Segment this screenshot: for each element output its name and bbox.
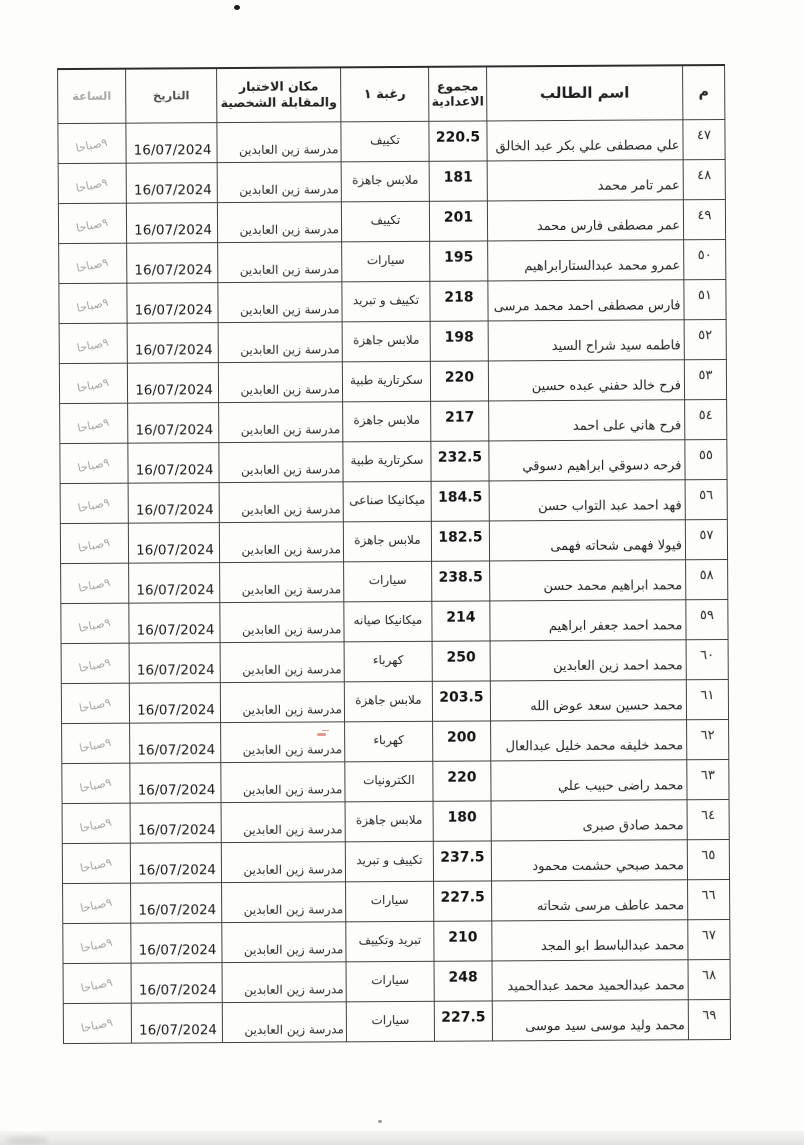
exam-location-cell: مدرسة زين العابدين (218, 241, 342, 282)
exam-location-cell: مدرسة زين العابدين (219, 441, 343, 482)
header-serial: م (683, 65, 725, 119)
time-cell: ٩صباحا (61, 563, 129, 603)
date-cell: 16/07/2024 (130, 802, 221, 843)
serial-cell: ٤٨ (683, 159, 725, 199)
first-choice-cell: ميكانيكا صناعى (343, 481, 431, 522)
prep-total-cell: 180 (433, 800, 491, 840)
serial-cell: ٥١ (684, 279, 726, 319)
time-cell: ٩صباحا (59, 243, 127, 283)
exam-location-cell: مدرسة زين العابدين (220, 681, 344, 722)
time-cell: ٩صباحا (62, 723, 130, 763)
prep-total-cell: 220.5 (429, 120, 487, 160)
date-cell: 16/07/2024 (128, 482, 219, 523)
student-name-cell: محمد راضى حبيب علي (491, 759, 687, 800)
prep-total-cell: 248 (434, 960, 492, 1000)
student-name-cell: علي مصطفى علي بكر عبد الخالق (487, 119, 683, 160)
time-stamp: ٩صباحا (79, 735, 113, 754)
serial-cell: ٥٣ (684, 359, 726, 399)
first-choice-cell: الكترونيات (345, 761, 433, 802)
student-name-cell: عمر تامر محمد (487, 159, 683, 200)
first-choice-cell: سيارات (346, 881, 434, 922)
serial-cell: ٥٧ (685, 519, 727, 559)
exam-location-cell: مدرسة زين العابدين (222, 921, 346, 962)
first-choice-cell: ملابس جاهزة (343, 401, 431, 442)
prep-total-cell: 227.5 (434, 1000, 492, 1040)
student-name-cell: فرح هاني على احمد (489, 399, 685, 440)
date-cell: 16/07/2024 (127, 282, 218, 323)
red-pen-mark (317, 733, 326, 736)
date-cell: 16/07/2024 (130, 762, 221, 803)
first-choice-cell: سيارات (346, 1001, 434, 1042)
exam-location-cell: مدرسة زين العابدين (220, 601, 344, 642)
serial-cell: ٦٦ (688, 879, 730, 919)
prep-total-cell: 200 (433, 720, 491, 760)
exam-location-cell: مدرسة زين العابدين (219, 521, 343, 562)
student-name-cell: محمد ابراهيم محمد حسن (490, 559, 686, 600)
header-first-choice: رغبة ١ (341, 67, 429, 122)
time-cell: ٩صباحا (62, 803, 130, 843)
first-choice-cell: سيارات (342, 241, 430, 282)
student-name-cell: فرحه دسوقي ابراهيم دسوقي (489, 439, 685, 480)
date-cell: 16/07/2024 (129, 642, 220, 683)
student-name-cell: محمد وليد موسى سيد موسى (492, 999, 688, 1040)
first-choice-cell: تكييف (341, 201, 429, 242)
exam-location-cell: مدرسة زين العابدين (218, 321, 342, 362)
first-choice-cell: سيارات (344, 561, 432, 602)
time-cell: ٩صباحا (62, 763, 130, 803)
time-cell: ٩صباحا (60, 403, 128, 443)
table-row: ٥٥ فرحه دسوقي ابراهيم دسوقي 232.5 سكرتار… (60, 439, 727, 483)
first-choice-cell: كهرباء (345, 721, 433, 762)
student-name-cell: فارس مصطفى احمد محمد مرسى (488, 279, 684, 320)
table-row: ٥٢ فاطمه سيد شراح السيد 198 ملابس جاهزة … (59, 319, 726, 363)
date-cell: 16/07/2024 (128, 442, 219, 483)
serial-cell: ٦٠ (686, 639, 728, 679)
time-cell: ٩صباحا (58, 203, 126, 243)
serial-cell: ٥٠ (684, 239, 726, 279)
first-choice-cell: تكييف و تبريد (345, 841, 433, 882)
header-row: م اسم الطالب مجموع الاعدادية رغبة ١ مكان… (58, 65, 725, 123)
serial-cell: ٦٩ (688, 999, 730, 1039)
time-cell: ٩صباحا (60, 483, 128, 523)
prep-total-cell: 181 (429, 160, 487, 200)
exam-location-cell: مدرسة زين العابدين (219, 481, 343, 522)
header-date: التاريخ (126, 68, 217, 123)
exam-location-cell: مدرسة زين العابدين (217, 201, 341, 242)
date-cell: 16/07/2024 (129, 562, 220, 603)
student-name-cell: فيولا فهمى شحاته فهمى (489, 519, 685, 560)
time-stamp: ٩صباحا (77, 455, 111, 474)
first-choice-cell: ملابس جاهزة (342, 321, 430, 362)
table-row: ٦٤ محمد صادق صبرى 180 ملابس جاهزة مدرسة … (62, 799, 729, 843)
serial-cell: ٦٧ (688, 919, 730, 959)
student-name-cell: فرح خالد حفني عبده حسين (488, 359, 684, 400)
table-row: ٦١ محمد حسين سعد عوض الله 203.5 ملابس جا… (61, 679, 728, 723)
date-cell: 16/07/2024 (128, 522, 219, 563)
student-name-cell: محمد خليفه محمد خليل عبدالعال (491, 719, 687, 760)
student-exam-roster-table: م اسم الطالب مجموع الاعدادية رغبة ١ مكان… (57, 64, 731, 1044)
table-row: ٥٧ فيولا فهمى شحاته فهمى 182.5 ملابس جاه… (60, 519, 727, 563)
serial-cell: ٦٨ (688, 959, 730, 999)
header-time: الساعة (58, 69, 126, 123)
serial-cell: ٥٥ (685, 439, 727, 479)
student-name-cell: فهد احمد عبد التواب حسن (489, 479, 685, 520)
date-cell: 16/07/2024 (126, 122, 217, 163)
table-row: ٥٨ محمد ابراهيم محمد حسن 238.5 سيارات مد… (61, 559, 728, 603)
prep-total-cell: 210 (434, 920, 492, 960)
student-name-cell: عمر مصطفى فارس محمد (487, 199, 683, 240)
time-cell: ٩صباحا (59, 323, 127, 363)
exam-location-cell: مدرسة زين العابدين (217, 121, 341, 162)
date-cell: 16/07/2024 (127, 322, 218, 363)
time-cell: ٩صباحا (58, 123, 126, 163)
exam-location-cell: مدرسة زين العابدين (221, 801, 345, 842)
time-cell: ٩صباحا (63, 883, 131, 923)
date-cell: 16/07/2024 (127, 242, 218, 283)
student-name-cell: عمرو محمد عبدالستارابراهيم (488, 239, 684, 280)
prep-total-cell: 250 (432, 640, 490, 680)
date-cell: 16/07/2024 (130, 842, 221, 883)
time-stamp: ٩صباحا (77, 495, 111, 514)
serial-cell: ٥٨ (686, 559, 728, 599)
first-choice-cell: كهرباء (344, 641, 432, 682)
student-name-cell: فاطمه سيد شراح السيد (488, 319, 684, 360)
serial-cell: ٦٣ (687, 759, 729, 799)
serial-cell: ٥٢ (684, 319, 726, 359)
table-row: ٥٩ محمد احمد جعفر ابراهيم 214 ميكانيكا ص… (61, 599, 728, 643)
prep-total-cell: 232.5 (431, 440, 489, 480)
time-cell: ٩صباحا (61, 643, 129, 683)
time-cell: ٩صباحا (63, 1003, 131, 1043)
scanned-document-page: م اسم الطالب مجموع الاعدادية رغبة ١ مكان… (0, 0, 804, 1145)
exam-location-cell: مدرسة زين العابدين (220, 561, 344, 602)
date-cell: 16/07/2024 (130, 722, 221, 763)
date-cell: 16/07/2024 (131, 962, 222, 1003)
prep-total-cell: 237.5 (433, 840, 491, 880)
serial-cell: ٦٤ (687, 799, 729, 839)
prep-total-cell: 184.5 (431, 480, 489, 520)
table-row: ٦٢ محمد خليفه محمد خليل عبدالعال 200 كهر… (62, 719, 729, 763)
time-cell: ٩صباحا (58, 163, 126, 203)
time-stamp: ٩صباحا (78, 615, 112, 634)
prep-total-cell: 214 (432, 600, 490, 640)
student-name-cell: محمد عبدالحميد محمد عبدالحميد (492, 959, 688, 1000)
time-cell: ٩صباحا (60, 523, 128, 563)
time-stamp: ٩صباحا (79, 775, 113, 794)
exam-location-cell: مدرسة زين العابدين (217, 161, 341, 202)
exam-location-cell: مدرسة زين العابدين (222, 1001, 346, 1042)
time-cell: ٩صباحا (61, 603, 129, 643)
serial-cell: ٤٩ (683, 199, 725, 239)
prep-total-cell: 201 (429, 200, 487, 240)
serial-cell: ٥٩ (686, 599, 728, 639)
first-choice-cell: ملابس جاهزة (345, 801, 433, 842)
exam-location-cell: مدرسة زين العابدين (220, 641, 344, 682)
date-cell: 16/07/2024 (131, 1002, 222, 1043)
time-cell: ٩صباحا (60, 443, 128, 483)
exam-location-cell: مدرسة زين العابدين (221, 721, 345, 762)
first-choice-cell: سكرتارية طبية (342, 361, 430, 402)
serial-cell: ٤٧ (683, 119, 725, 159)
student-name-cell: محمد صادق صبرى (491, 799, 687, 840)
date-cell: 16/07/2024 (126, 202, 217, 243)
scan-sheet: م اسم الطالب مجموع الاعدادية رغبة ١ مكان… (0, 0, 804, 1145)
header-prep-total: مجموع الاعدادية (429, 66, 487, 120)
exam-location-cell: مدرسة زين العابدين (222, 961, 346, 1002)
time-stamp: ٩صباحا (79, 855, 113, 874)
table-row: ٦٣ محمد راضى حبيب علي 220 الكترونيات مدر… (62, 759, 729, 803)
serial-cell: ٦١ (686, 679, 728, 719)
time-stamp: ٩صباحا (78, 575, 112, 594)
table-row: ٤٧ علي مصطفى علي بكر عبد الخالق 220.5 تك… (58, 119, 725, 163)
table-row: ٤٩ عمر مصطفى فارس محمد 201 تكييف مدرسة ز… (58, 199, 725, 243)
table-row: ٥١ فارس مصطفى احمد محمد مرسى 218 تكييف و… (59, 279, 726, 323)
exam-location-cell: مدرسة زين العابدين (221, 761, 345, 802)
time-stamp: ٩صباحا (75, 215, 109, 234)
time-cell: ٩صباحا (61, 683, 129, 723)
date-cell: 16/07/2024 (129, 602, 220, 643)
scan-dot-artifact-bottom (378, 1120, 382, 1123)
serial-cell: ٦٢ (687, 719, 729, 759)
time-stamp: ٩صباحا (80, 975, 114, 994)
date-cell: 16/07/2024 (127, 362, 218, 403)
student-name-cell: محمد احمد زين العابدين (490, 639, 686, 680)
time-stamp: ٩صباحا (77, 415, 111, 434)
scan-dot-artifact-top (234, 5, 240, 10)
time-stamp: ٩صباحا (78, 695, 112, 714)
time-stamp: ٩صباحا (80, 935, 114, 954)
prep-total-cell: 195 (430, 240, 488, 280)
exam-location-cell: مدرسة زين العابدين (221, 841, 345, 882)
first-choice-cell: تكييف و تبريد (342, 281, 430, 322)
prep-total-cell: 198 (430, 320, 488, 360)
time-cell: ٩صباحا (59, 283, 127, 323)
prep-total-cell: 238.5 (432, 560, 490, 600)
table-row: ٦٦ محمد عاطف مرسى شحاته 227.5 سيارات مدر… (63, 879, 730, 923)
serial-cell: ٥٦ (685, 479, 727, 519)
first-choice-cell: سكرتارية طبية (343, 441, 431, 482)
first-choice-cell: تبريد وتكييف (346, 921, 434, 962)
table-row: ٦٩ محمد وليد موسى سيد موسى 227.5 سيارات … (63, 999, 730, 1043)
date-cell: 16/07/2024 (129, 682, 220, 723)
prep-total-cell: 203.5 (432, 680, 490, 720)
time-stamp: ٩صباحا (80, 895, 114, 914)
time-cell: ٩صباحا (63, 923, 131, 963)
prep-total-cell: 227.5 (434, 880, 492, 920)
exam-location-cell: مدرسة زين العابدين (218, 361, 342, 402)
prep-total-cell: 182.5 (431, 520, 489, 560)
date-cell: 16/07/2024 (131, 882, 222, 923)
first-choice-cell: ميكانيكا صيانه (344, 601, 432, 642)
table-row: ٤٨ عمر تامر محمد 181 ملابس جاهزة مدرسة ز… (58, 159, 725, 203)
table-row: ٦٥ محمد صبحي حشمت محمود 237.5 تكييف و تب… (62, 839, 729, 883)
time-stamp: ٩صباحا (80, 1015, 114, 1034)
serial-cell: ٦٥ (687, 839, 729, 879)
student-name-cell: محمد عاطف مرسى شحاته (492, 879, 688, 920)
time-stamp: ٩صباحا (76, 335, 110, 354)
exam-location-cell: مدرسة زين العابدين (218, 281, 342, 322)
exam-location-cell: مدرسة زين العابدين (219, 401, 343, 442)
table-row: ٥٦ فهد احمد عبد التواب حسن 184.5 ميكانيك… (60, 479, 727, 523)
student-name-cell: محمد عبدالباسط ابو المجد (492, 919, 688, 960)
student-name-cell: محمد حسين سعد عوض الله (490, 679, 686, 720)
first-choice-cell: ملابس جاهزة (343, 521, 431, 562)
table-row: ٥٣ فرح خالد حفني عبده حسين 220 سكرتارية … (59, 359, 726, 403)
exam-location-cell: مدرسة زين العابدين (222, 881, 346, 922)
time-stamp: ٩صباحا (76, 295, 110, 314)
time-stamp: ٩صباحا (78, 655, 112, 674)
table-row: ٦٠ محمد احمد زين العابدين 250 كهرباء مدر… (61, 639, 728, 683)
table-row: ٦٧ محمد عبدالباسط ابو المجد 210 تبريد وت… (63, 919, 730, 963)
table-row: ٥٤ فرح هاني على احمد 217 ملابس جاهزة مدر… (60, 399, 727, 443)
table-row: ٦٨ محمد عبدالحميد محمد عبدالحميد 248 سيا… (63, 959, 730, 1003)
time-cell: ٩صباحا (59, 363, 127, 403)
prep-total-cell: 218 (430, 280, 488, 320)
first-choice-cell: ملابس جاهزة (341, 161, 429, 202)
time-cell: ٩صباحا (63, 963, 131, 1003)
time-stamp: ٩صباحا (77, 535, 111, 554)
scan-edge-shadow (0, 1131, 804, 1145)
student-name-cell: محمد صبحي حشمت محمود (491, 839, 687, 880)
prep-total-cell: 220 (430, 360, 488, 400)
time-stamp: ٩صباحا (76, 255, 110, 274)
table-row: ٥٠ عمرو محمد عبدالستارابراهيم 195 سيارات… (59, 239, 726, 283)
header-exam-location: مكان الاختبار والمقابلة الشخصية (217, 67, 341, 122)
first-choice-cell: تكييف (341, 121, 429, 162)
date-cell: 16/07/2024 (131, 922, 222, 963)
time-stamp: ٩صباحا (76, 375, 110, 394)
time-stamp: ٩صباحا (75, 175, 109, 194)
time-cell: ٩صباحا (62, 843, 130, 883)
date-cell: 16/07/2024 (126, 162, 217, 203)
date-cell: 16/07/2024 (128, 402, 219, 443)
header-student-name: اسم الطالب (487, 65, 683, 120)
serial-cell: ٥٤ (685, 399, 727, 439)
time-stamp: ٩صباحا (75, 135, 109, 154)
prep-total-cell: 220 (433, 760, 491, 800)
student-name-cell: محمد احمد جعفر ابراهيم (490, 599, 686, 640)
first-choice-cell: ملابس جاهزة (344, 681, 432, 722)
time-stamp: ٩صباحا (79, 815, 113, 834)
prep-total-cell: 217 (431, 400, 489, 440)
first-choice-cell: سيارات (346, 961, 434, 1002)
